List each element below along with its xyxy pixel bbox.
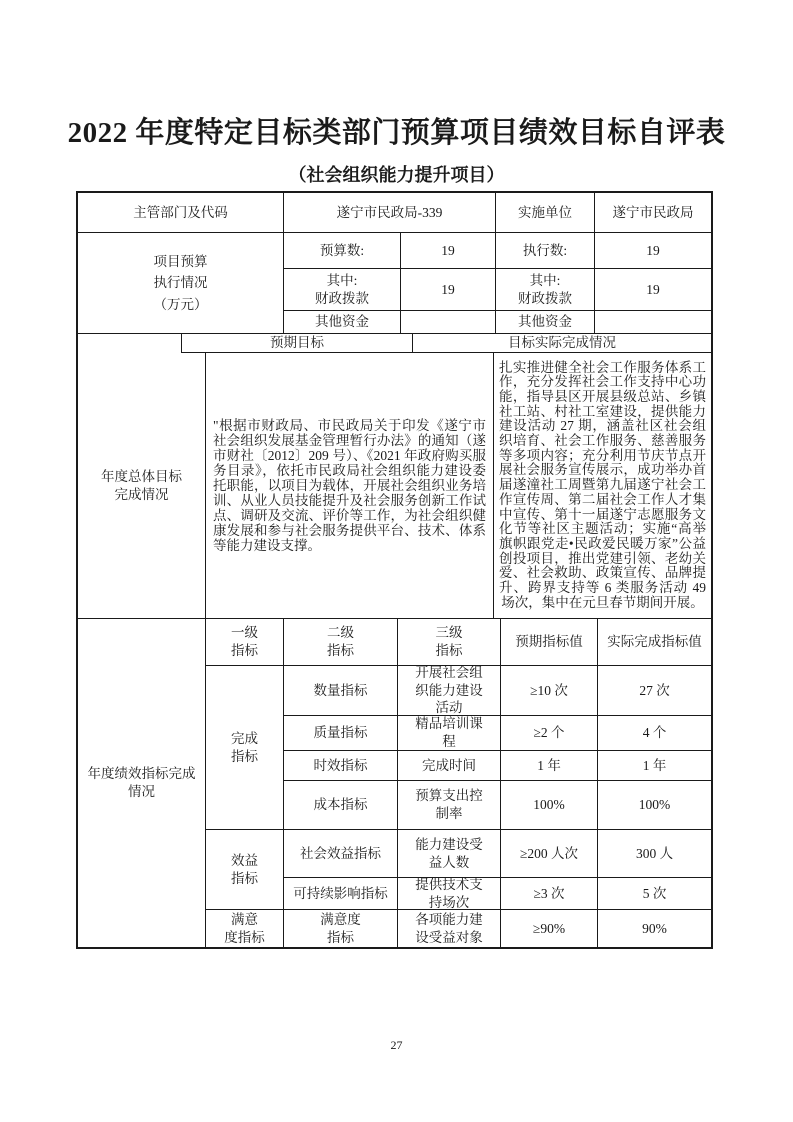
dept-code-label: 主管部门及代码 <box>78 193 283 232</box>
project-budget-label: 项目预算 执行情况 （万元） <box>78 232 283 333</box>
actual-completion-header: 目标实际完成情况 <box>412 334 711 353</box>
indicator-expected: 100% <box>500 780 597 829</box>
perf-indicator-label: 年度绩效指标完成 情况 <box>78 619 205 947</box>
indicator-actual: 100% <box>597 780 711 829</box>
budget-other-label: 其他资金 <box>283 310 400 333</box>
header-expected-value: 预期指标值 <box>500 619 597 665</box>
exec-number-value: 19 <box>594 232 711 268</box>
indicator-l2: 数量指标 <box>283 665 397 715</box>
level1-group-satisfaction: 满意 度指标 <box>205 909 283 947</box>
page-title: 2022 年度特定目标类部门预算项目绩效目标自评表 <box>0 110 793 151</box>
page-subtitle: （社会组织能力提升项目） <box>0 161 793 187</box>
indicator-l3: 提供技术支持场次 <box>397 877 500 909</box>
indicator-expected: ≥2 个 <box>500 715 597 750</box>
expected-goal-text: "根据市财政局、市民政局关于印发《遂宁市社会组织发展基金管理暂行办法》的通知（遂… <box>208 418 491 553</box>
indicator-l2: 成本指标 <box>283 780 397 829</box>
document-page: { "title": "2022 年度特定目标类部门预算项目绩效目标自评表", … <box>0 0 793 1122</box>
indicator-expected: ≥90% <box>500 909 597 947</box>
indicator-l3: 预算支出控制率 <box>397 780 500 829</box>
header-actual-value: 实际完成指标值 <box>597 619 711 665</box>
section-annual-goal: 预期目标 目标实际完成情况 年度总体目标 完成情况 "根据市财政局、市民政局关于… <box>78 333 711 618</box>
budget-fiscal-label: 其中: 财政拨款 <box>283 268 400 310</box>
indicator-actual: 4 个 <box>597 715 711 750</box>
indicator-actual: 90% <box>597 909 711 947</box>
section-performance-indicators: 年度绩效指标完成 情况 一级 指标 二级 指标 三级 指标 预期指标值 实际完成… <box>78 618 711 947</box>
page-number: 27 <box>0 1038 793 1053</box>
actual-completion-cell: 扎实推进健全社会工作服务体系工作，充分发挥社会工作支持中心功能，指导县区开展县级… <box>493 353 711 618</box>
exec-other-label: 其他资金 <box>495 310 594 333</box>
indicator-l2: 质量指标 <box>283 715 397 750</box>
self-evaluation-table: 主管部门及代码 遂宁市民政局-339 实施单位 遂宁市民政局 项目预算 执行情况… <box>76 191 713 949</box>
budget-other-value <box>400 310 495 333</box>
indicator-expected: 1 年 <box>500 750 597 780</box>
indicator-expected: ≥3 次 <box>500 877 597 909</box>
indicator-l3: 各项能力建设受益对象 <box>397 909 500 947</box>
dept-code-value: 遂宁市民政局-339 <box>283 193 495 232</box>
indicator-actual: 1 年 <box>597 750 711 780</box>
budget-number-value: 19 <box>400 232 495 268</box>
impl-unit-label: 实施单位 <box>495 193 594 232</box>
indicator-l2: 可持续影响指标 <box>283 877 397 909</box>
indicator-l2: 社会效益指标 <box>283 829 397 877</box>
indicator-l3: 开展社会组织能力建设活动 <box>397 665 500 715</box>
exec-fiscal-value: 19 <box>594 268 711 310</box>
indicator-l3: 精品培训课程 <box>397 715 500 750</box>
actual-completion-text: 扎实推进健全社会工作服务体系工作，充分发挥社会工作支持中心功能，指导县区开展县级… <box>496 361 709 611</box>
header-level3: 三级 指标 <box>397 619 500 665</box>
exec-number-label: 执行数: <box>495 232 594 268</box>
expected-goal-header: 预期目标 <box>181 334 412 353</box>
indicator-expected: ≥10 次 <box>500 665 597 715</box>
goal-body-row: 年度总体目标 完成情况 "根据市财政局、市民政局关于印发《遂宁市社会组织发展基金… <box>78 353 711 618</box>
indicator-l2: 满意度 指标 <box>283 909 397 947</box>
indicator-l2: 时效指标 <box>283 750 397 780</box>
budget-number-label: 预算数: <box>283 232 400 268</box>
impl-unit-value: 遂宁市民政局 <box>594 193 711 232</box>
header-level1: 一级 指标 <box>205 619 283 665</box>
indicator-l3: 能力建设受益人数 <box>397 829 500 877</box>
exec-other-value <box>594 310 711 333</box>
indicator-actual: 27 次 <box>597 665 711 715</box>
level1-group-benefit: 效益 指标 <box>205 829 283 909</box>
expected-goal-cell: "根据市财政局、市民政局关于印发《遂宁市社会组织发展基金管理暂行办法》的通知（遂… <box>205 353 493 618</box>
section-budget: 主管部门及代码 遂宁市民政局-339 实施单位 遂宁市民政局 项目预算 执行情况… <box>78 193 711 333</box>
indicator-l3: 完成时间 <box>397 750 500 780</box>
indicator-expected: ≥200 人次 <box>500 829 597 877</box>
indicator-actual: 5 次 <box>597 877 711 909</box>
goal-header-spacer <box>78 334 181 353</box>
header-level2: 二级 指标 <box>283 619 397 665</box>
goal-header-row: 预期目标 目标实际完成情况 <box>78 334 711 353</box>
indicator-actual: 300 人 <box>597 829 711 877</box>
budget-fiscal-value: 19 <box>400 268 495 310</box>
level1-group-completion: 完成 指标 <box>205 665 283 829</box>
annual-goal-label: 年度总体目标 完成情况 <box>78 353 205 618</box>
exec-fiscal-label: 其中: 财政拨款 <box>495 268 594 310</box>
